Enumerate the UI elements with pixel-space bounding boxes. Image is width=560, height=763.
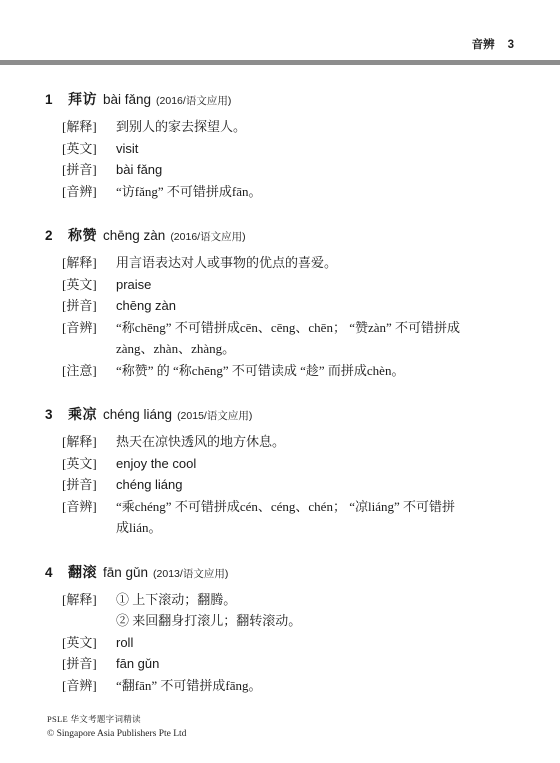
entry-heading: 2称赞chēng zàn(2016/语文应用) (45, 222, 533, 250)
entry-number: 1 (45, 87, 68, 113)
entry-row: [音辨] “访fǎng” 不可错拼成fān。 (45, 181, 533, 203)
entry-row: [英文] roll (45, 632, 533, 654)
header-rule (0, 60, 560, 65)
row-content: praise (116, 274, 530, 296)
entry-heading: 4翻滚fān gǔn(2013/语文应用) (45, 559, 533, 587)
entry-fangun: 4翻滚fān gǔn(2013/语文应用) [解释] ① 上下滚动；翻腾。 ② … (45, 559, 533, 697)
entry-row: [解释] 用言语表达对人或事物的优点的喜爱。 (45, 252, 533, 274)
row-content: enjoy the cool (116, 453, 530, 475)
row-content: chēng zàn (116, 295, 530, 317)
entry-row: [解释] 热天在凉快透风的地方休息。 (45, 431, 533, 453)
row-content: fān gǔn (116, 653, 530, 675)
book-title: PSLE 华文考题字词精读 (47, 713, 186, 725)
row-content: “翻fān” 不可错拼成fāng。 (116, 675, 530, 697)
entry-row: [英文] visit (45, 138, 533, 160)
entry-word: 乘凉 (68, 406, 97, 422)
entry-row: [拼音] chēng zàn (45, 295, 533, 317)
entry-pinyin: chéng liáng (103, 407, 172, 422)
row-label-explanation: [解释] (62, 431, 109, 453)
book-page: 音辨3 1拜访bài fǎng(2016/语文应用) [解释] 到别人的家去探望… (0, 0, 560, 763)
row-content: roll (116, 632, 530, 654)
entry-baifang: 1拜访bài fǎng(2016/语文应用) [解释] 到别人的家去探望人。 [… (45, 86, 533, 202)
entry-row: [音辨] “乘chéng” 不可错拼成cén、céng、chén； “凉lián… (45, 496, 533, 539)
entry-number: 3 (45, 402, 68, 428)
entry-heading: 3乘凉chéng liáng(2015/语文应用) (45, 401, 533, 429)
entry-heading: 1拜访bài fǎng(2016/语文应用) (45, 86, 533, 114)
entry-chengzan: 2称赞chēng zàn(2016/语文应用) [解释] 用言语表达对人或事物的… (45, 222, 533, 381)
row-label-english: [英文] (62, 274, 109, 296)
entry-word: 拜访 (68, 91, 97, 107)
entries-list: 1拜访bài fǎng(2016/语文应用) [解释] 到别人的家去探望人。 [… (45, 86, 533, 716)
entry-row: [解释] 到别人的家去探望人。 (45, 116, 533, 138)
entry-chengliang: 3乘凉chéng liáng(2015/语文应用) [解释] 热天在凉快透风的地… (45, 401, 533, 539)
entry-exam-tag: (2016/语文应用) (156, 95, 231, 107)
entry-pinyin: chēng zàn (103, 228, 165, 243)
row-content: 热天在凉快透风的地方休息。 (116, 431, 530, 453)
row-label-pinyin: [拼音] (62, 653, 109, 675)
page-footer: PSLE 华文考题字词精读 © Singapore Asia Publisher… (47, 713, 186, 739)
entry-row: [音辨] “称chēng” 不可错拼成cēn、cēng、chēn； “赞zàn”… (45, 317, 533, 360)
row-label-pinyin: [拼音] (62, 159, 109, 181)
entry-row: [拼音] bài fǎng (45, 159, 533, 181)
row-label-sound: [音辨] (62, 496, 109, 518)
entry-word: 称赞 (68, 227, 97, 243)
row-label-pinyin: [拼音] (62, 474, 109, 496)
row-content: “访fǎng” 不可错拼成fān。 (116, 181, 530, 203)
entry-number: 2 (45, 223, 68, 249)
entry-row: [英文] praise (45, 274, 533, 296)
row-content: 用言语表达对人或事物的优点的喜爱。 (116, 252, 530, 274)
entry-row: [解释] ① 上下滚动；翻腾。 ② 来回翻身打滚儿；翻转滚动。 (45, 589, 533, 632)
row-label-sound: [音辨] (62, 181, 109, 203)
section-label: 音辨 (472, 39, 495, 51)
row-content: ① 上下滚动；翻腾。 ② 来回翻身打滚儿；翻转滚动。 (116, 589, 530, 632)
copyright-notice: © Singapore Asia Publishers Pte Ltd (47, 729, 186, 739)
entry-row: [音辨] “翻fān” 不可错拼成fāng。 (45, 675, 533, 697)
row-content: “称赞” 的 “称chēng” 不可错读成 “趁” 而拼成chèn。 (116, 360, 530, 382)
entry-number: 4 (45, 560, 68, 586)
row-label-explanation: [解释] (62, 116, 109, 138)
row-label-explanation: [解释] (62, 252, 109, 274)
row-content: “称chēng” 不可错拼成cēn、cēng、chēn； “赞zàn” 不可错拼… (116, 317, 530, 360)
row-label-explanation: [解释] (62, 589, 109, 611)
entry-row: [英文] enjoy the cool (45, 453, 533, 475)
row-label-sound: [音辨] (62, 317, 109, 339)
entry-exam-tag: (2013/语文应用) (153, 568, 228, 580)
row-label-note: [注意] (62, 360, 109, 382)
entry-row: [拼音] fān gǔn (45, 653, 533, 675)
row-label-english: [英文] (62, 632, 109, 654)
entry-exam-tag: (2015/语文应用) (177, 410, 252, 422)
running-header: 音辨3 (472, 36, 514, 52)
row-content: “乘chéng” 不可错拼成cén、céng、chén； “凉liáng” 不可… (116, 496, 530, 539)
row-label-sound: [音辨] (62, 675, 109, 697)
entry-row: [拼音] chéng liáng (45, 474, 533, 496)
entry-row: [注意] “称赞” 的 “称chēng” 不可错读成 “趁” 而拼成chèn。 (45, 360, 533, 382)
row-content: chéng liáng (116, 474, 530, 496)
row-content: bài fǎng (116, 159, 530, 181)
row-label-pinyin: [拼音] (62, 295, 109, 317)
entry-exam-tag: (2016/语文应用) (170, 231, 245, 243)
row-label-english: [英文] (62, 138, 109, 160)
entry-pinyin: bài fǎng (103, 92, 151, 107)
page-number: 3 (508, 39, 514, 51)
row-content: visit (116, 138, 530, 160)
row-label-english: [英文] (62, 453, 109, 475)
entry-pinyin: fān gǔn (103, 565, 148, 580)
row-content: 到别人的家去探望人。 (116, 116, 530, 138)
entry-word: 翻滚 (68, 564, 97, 580)
